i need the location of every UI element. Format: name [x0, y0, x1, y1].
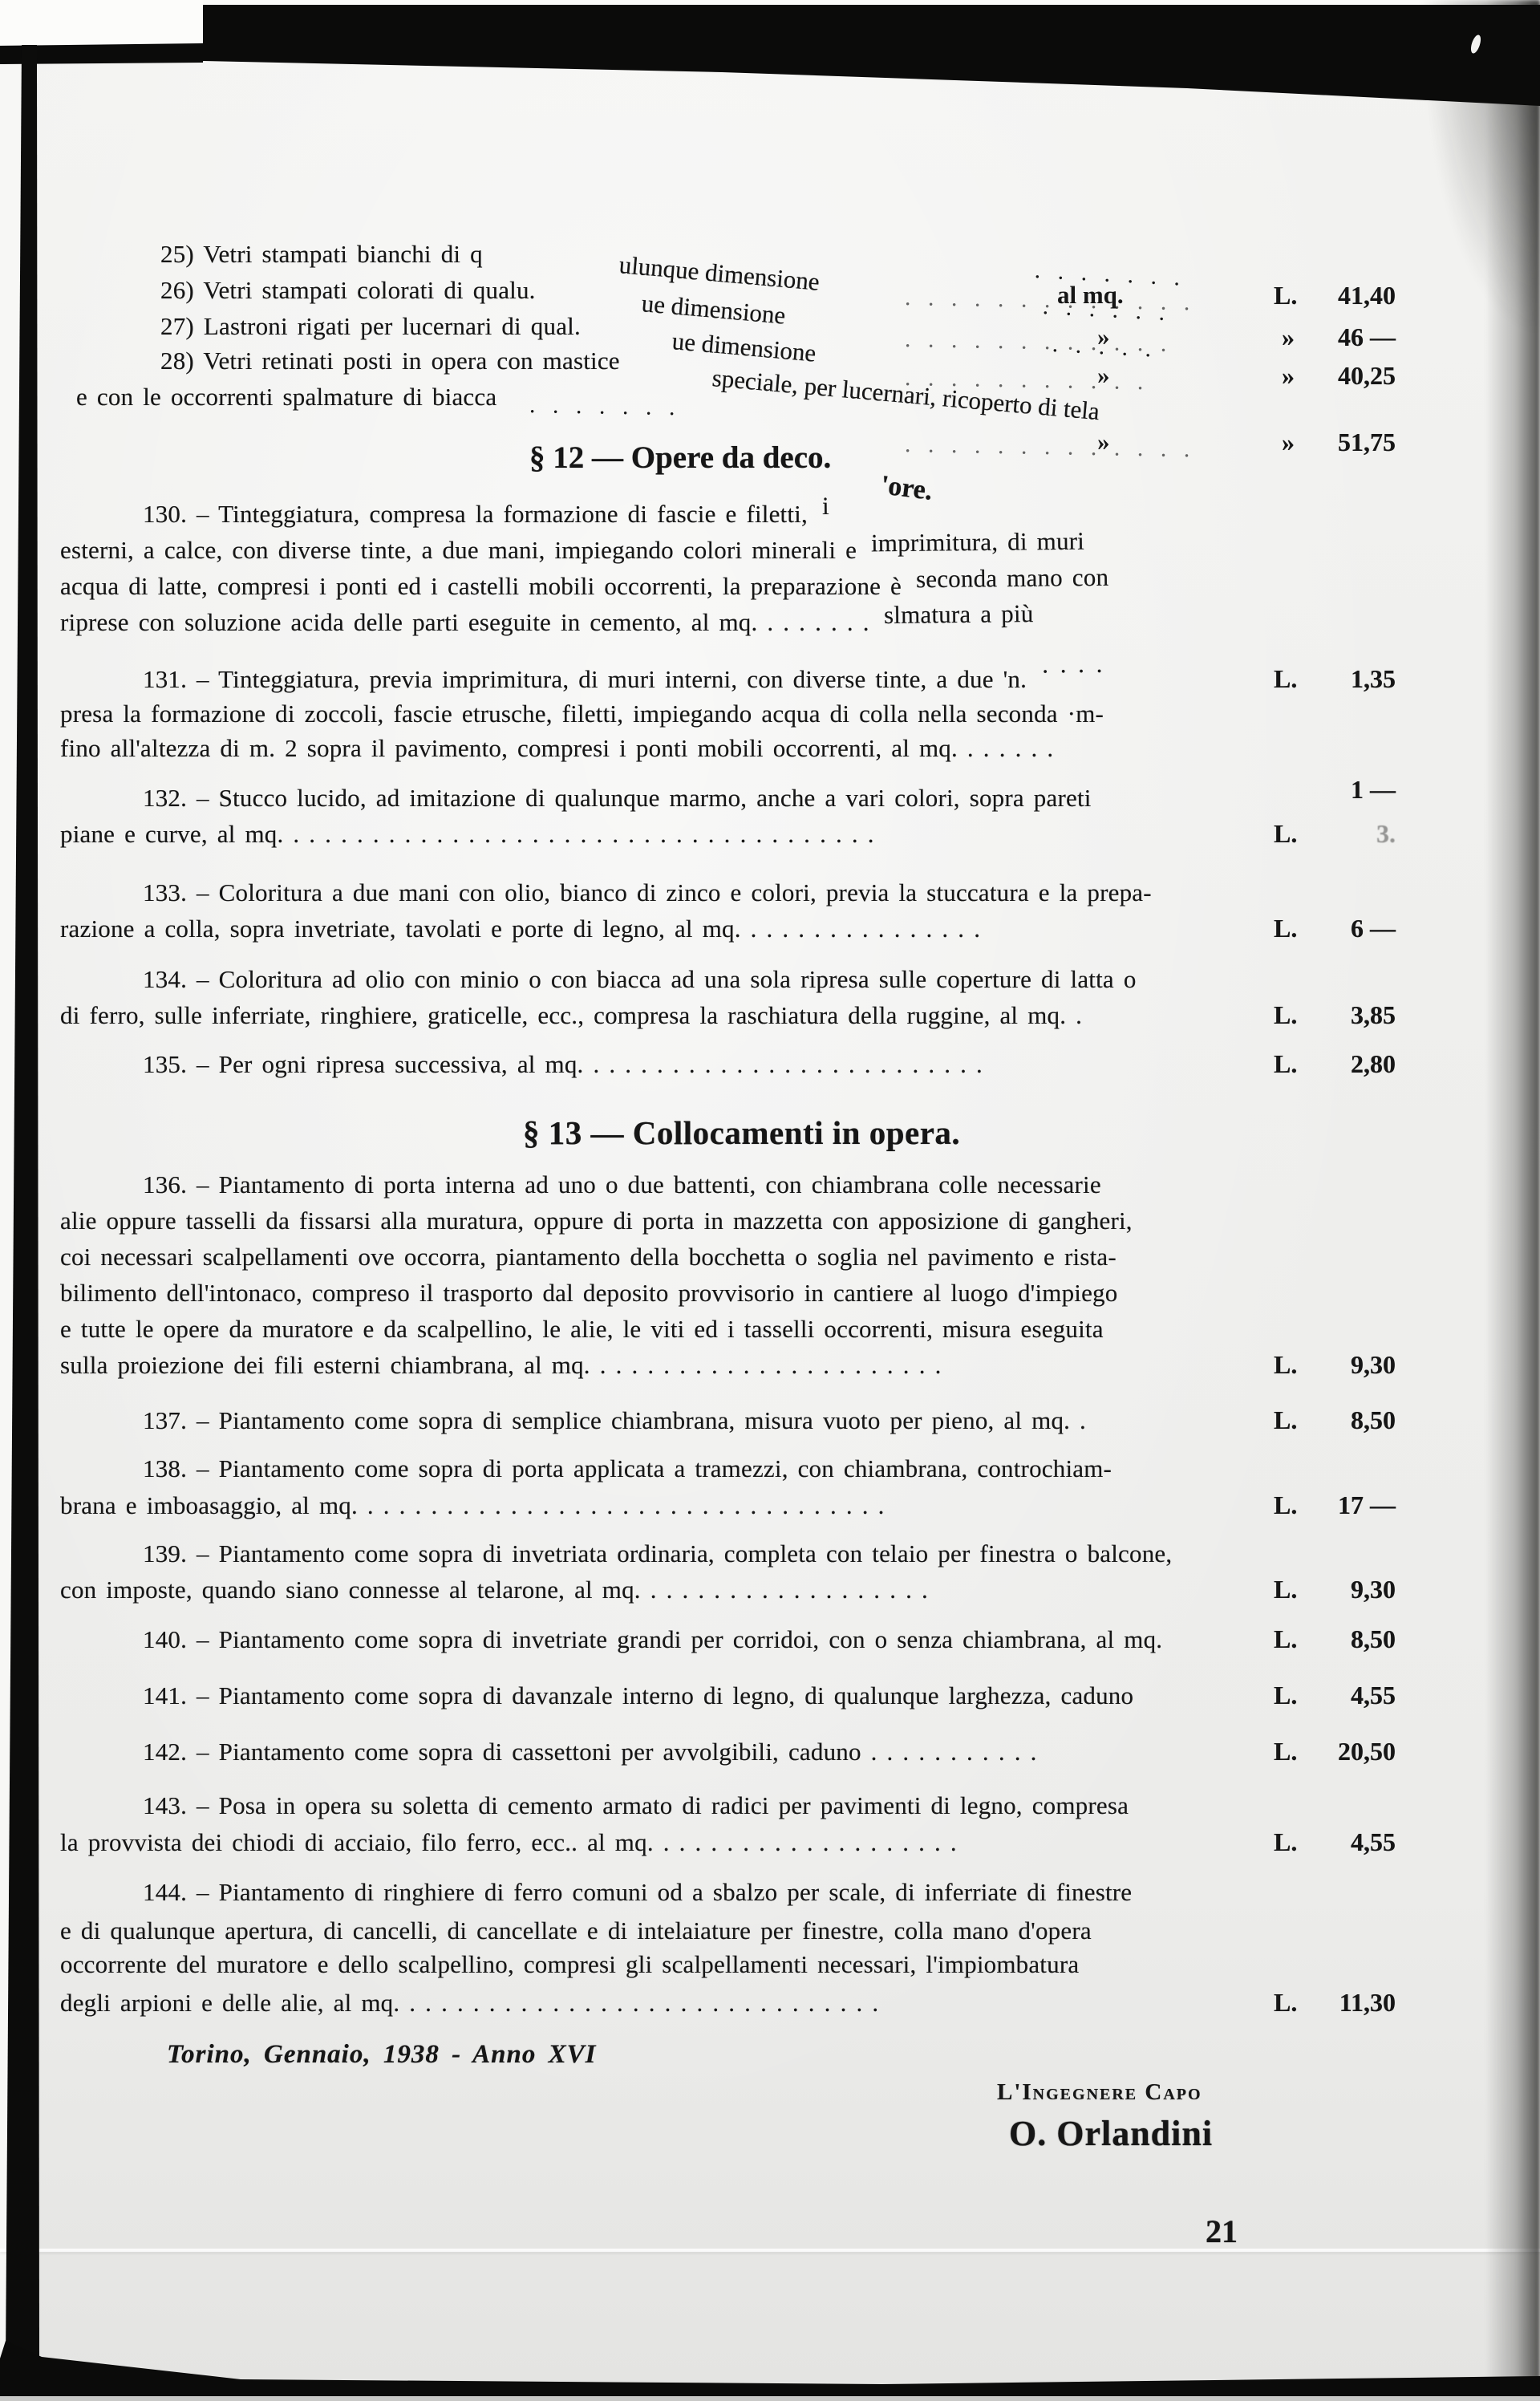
price-value-140-1: 8,50 [1283, 1624, 1396, 1654]
item-line-text: 141. – Piantamento come sopra di davanza… [143, 1681, 1133, 1709]
leader-dots-27: . . . . . [1052, 331, 1157, 363]
glass-item-row-26: 26) Vetri stampati colorati di qualu. [160, 275, 536, 305]
glass-item-row-28: 28) Vetri retinati posti in opera con ma… [160, 346, 620, 375]
item-line-text: con imposte, quando siano connesse al te… [60, 1576, 928, 1604]
item-line-text: 135. – Per ogni ripresa successiva, al m… [143, 1050, 983, 1078]
price-value-26: 46 — [1283, 322, 1396, 352]
footer-dateline: Torino, Gennaio, 1938 - Anno XVI [167, 2040, 596, 2070]
item-line-tail: slmatura a più [884, 598, 1034, 630]
paper-top-strip [203, 0, 1540, 6]
item-144-line-3: occorrente del muratore e dello scalpell… [60, 1949, 1263, 1979]
item-144-line-4: degli arpioni e delle alie, al mq. . . .… [60, 1988, 1263, 2018]
item-132-line-1: 132. – Stucco lucido, ad imitazione di q… [60, 783, 1346, 813]
section-12-heading: § 12 — Opere da deco. [529, 440, 831, 476]
signature-name: O. Orlandini [1009, 2113, 1213, 2154]
item-line-text: 137. – Piantamento come sopra di semplic… [143, 1406, 1086, 1434]
item-line-tail: · · · · [1041, 656, 1104, 687]
item-line-text: e tutte le opere da muratore e da scalpe… [60, 1315, 1104, 1343]
price-value-137-1: 8,50 [1283, 1405, 1396, 1435]
price-value-132-2: 3. [1283, 819, 1396, 849]
right-edge-shadow [1485, 0, 1540, 2401]
item-136-line-4: bilimento dell'intonaco, compreso il tra… [60, 1278, 1263, 1308]
item-line-text: 132. – Stucco lucido, ad imitazione di q… [143, 784, 1092, 812]
item-140-line-1: 140. – Piantamento come sopra di invetri… [60, 1624, 1346, 1654]
item-144-line-1: 144. – Piantamento di ringhiere di ferro… [60, 1877, 1346, 1907]
item-136-line-5: e tutte le opere da muratore e da scalpe… [60, 1314, 1263, 1344]
item-132-line-2: piane e curve, al mq. . . . . . . . . . … [60, 819, 1263, 849]
item-line-tail: seconda mano con [916, 562, 1109, 594]
section-13-heading: § 13 — Collocamenti in opera. [523, 1113, 960, 1152]
scanned-page: § 12 — Opere da deco. 'ore. § 13 — Collo… [0, 0, 1540, 2401]
item-line-text: 140. – Piantamento come sopra di invetri… [143, 1625, 1162, 1653]
paper-top-left-margin [0, 0, 209, 45]
item-line-text: riprese con soluzione acida delle parti … [60, 608, 869, 636]
right-corner-shadow [1420, 0, 1540, 337]
price-value-131-1: 1,35 [1283, 664, 1396, 694]
item-line-text: e di qualunque apertura, di cancelli, di… [60, 1916, 1092, 1945]
price-value-28: 51,75 [1283, 428, 1396, 457]
item-131-line-1: 131. – Tinteggiatura, previa imprimitura… [60, 664, 1346, 694]
item-130-line-2: esterni, a calce, con diverse tinte, a d… [60, 535, 1263, 565]
item-line-text: 139. – Piantamento come sopra di invetri… [143, 1539, 1172, 1568]
item-136-line-3: coi necessari scalpellamenti ove occorra… [60, 1242, 1263, 1271]
item-line-text: 133. – Coloritura a due mani con olio, b… [143, 878, 1152, 906]
item-line-text: la provvista dei chiodi di acciaio, filo… [60, 1828, 957, 1856]
price-value-135-1: 2,80 [1283, 1049, 1396, 1079]
item-143-line-1: 143. – Posa in opera su soletta di cemen… [60, 1791, 1346, 1820]
price-value-144-4: 11,30 [1283, 1988, 1396, 2018]
item-139-line-1: 139. – Piantamento come sopra di invetri… [60, 1539, 1346, 1568]
item-line-text: esterni, a calce, con diverse tinte, a d… [60, 536, 857, 564]
price-value-136-6: 9,30 [1283, 1350, 1396, 1380]
unit-label-28: » [1097, 428, 1110, 456]
item-line-tail: i [822, 491, 829, 521]
item-142-line-1: 142. – Piantamento come sopra di cassett… [60, 1737, 1346, 1766]
scan-artifact-line [0, 2249, 1540, 2252]
item-line-text: 138. – Piantamento come sopra di porta a… [143, 1454, 1112, 1482]
item-line-text: sulla proiezione dei fili esterni chiamb… [60, 1351, 942, 1379]
price-value-141-1: 4,55 [1283, 1681, 1396, 1710]
price-value-133-2: 6 — [1283, 914, 1396, 943]
leader-dots-price-28: . . . . . . . . . . . . . [905, 431, 1196, 463]
item-line-text: 134. – Coloritura ad olio con minio o co… [143, 965, 1137, 993]
item-130-line-4: riprese con soluzione acida delle parti … [60, 607, 1263, 637]
paper-left-margin [0, 45, 22, 2371]
price-value-25: 41,40 [1283, 281, 1396, 310]
item-133-line-1: 133. – Coloritura a due mani con olio, b… [60, 878, 1346, 907]
item-line-text: acqua di latte, compresi i ponti ed i ca… [60, 572, 902, 600]
price-value-27: 40,25 [1283, 361, 1396, 391]
glass-item-row-27: 27) Lastroni rigati per lucernari di qua… [160, 311, 581, 341]
item-141-line-1: 141. – Piantamento come sopra di davanza… [60, 1681, 1346, 1710]
item-136-line-6: sulla proiezione dei fili esterni chiamb… [60, 1350, 1263, 1380]
item-line-text: 131. – Tinteggiatura, previa imprimitura… [143, 665, 1027, 693]
item-131-line-2: presa la formazione di zoccoli, fascie e… [60, 699, 1263, 728]
item-136-line-2: alie oppure tasselli da fissarsi alla mu… [60, 1206, 1263, 1235]
item-130-line-3: acqua di latte, compresi i ponti ed i ca… [60, 571, 1263, 601]
item-138-line-2: brana e imboasaggio, al mq. . . . . . . … [60, 1490, 1263, 1520]
item-line-text: coi necessari scalpellamenti ove occorra… [60, 1243, 1116, 1271]
item-line-text: 130. – Tinteggiatura, compresa la formaz… [143, 500, 808, 528]
item-131-line-3: fino all'altezza di m. 2 sopra il pavime… [60, 733, 1263, 763]
unit-label-27: » [1097, 361, 1110, 390]
item-line-text: 142. – Piantamento come sopra di cassett… [143, 1738, 1037, 1766]
price-value-138-2: 17 — [1283, 1490, 1396, 1520]
price-value-142-1: 20,50 [1283, 1737, 1396, 1766]
item-line-text: alie oppure tasselli da fissarsi alla mu… [60, 1207, 1133, 1235]
price-value-134-2: 3,85 [1283, 1000, 1396, 1030]
item-line-text: occorrente del muratore e dello scalpell… [60, 1950, 1079, 1978]
item-135-line-1: 135. – Per ogni ripresa successiva, al m… [60, 1049, 1346, 1079]
item-line-text: piane e curve, al mq. . . . . . . . . . … [60, 820, 874, 848]
item-144-line-2: e di qualunque apertura, di cancelli, di… [60, 1916, 1263, 1945]
item-138-line-1: 138. – Piantamento come sopra di porta a… [60, 1454, 1346, 1483]
item-line-text: fino all'altezza di m. 2 sopra il pavime… [60, 734, 1053, 762]
item-134-line-1: 134. – Coloritura ad olio con minio o co… [60, 964, 1346, 994]
price-value-132-1: 1 — [1283, 775, 1396, 805]
leader-dots-28-continuation: . . . . . . . [529, 391, 681, 421]
item-line-tail: imprimitura, di muri [871, 526, 1084, 558]
item-139-line-2: con imposte, quando siano connesse al te… [60, 1575, 1263, 1604]
price-value-143-2: 4,55 [1283, 1827, 1396, 1857]
price-value-139-2: 9,30 [1283, 1575, 1396, 1604]
glass-item-row-28-continuation: e con le occorrenti spalmature di biacca [76, 382, 496, 412]
item-line-text: 143. – Posa in opera su soletta di cemen… [143, 1791, 1129, 1819]
item-line-text: presa la formazione di zoccoli, fascie e… [60, 700, 1104, 728]
item-line-text: brana e imboasaggio, al mq. . . . . . . … [60, 1491, 885, 1519]
item-130-line-1: 130. – Tinteggiatura, compresa la formaz… [60, 499, 1346, 529]
item-134-line-2: di ferro, sulle inferriate, ringhiere, g… [60, 1000, 1263, 1030]
signature-role: L'Ingegnere Capo [997, 2079, 1202, 2106]
item-143-line-2: la provvista dei chiodi di acciaio, filo… [60, 1827, 1263, 1857]
item-line-text: 144. – Piantamento di ringhiere di ferro… [143, 1878, 1132, 1906]
item-line-text: degli arpioni e delle alie, al mq. . . .… [60, 1989, 878, 2017]
item-line-text: razione a colla, sopra invetriate, tavol… [60, 915, 980, 943]
item-line-text: di ferro, sulle inferriate, ringhiere, g… [60, 1001, 1082, 1029]
item-133-line-2: razione a colla, sopra invetriate, tavol… [60, 914, 1263, 943]
page-number: 21 [1206, 2212, 1238, 2250]
item-line-text: bilimento dell'intonaco, compreso il tra… [60, 1279, 1117, 1307]
item-137-line-1: 137. – Piantamento come sopra di semplic… [60, 1405, 1346, 1435]
glass-item-row-25: 25) Vetri stampati bianchi di q [160, 239, 483, 269]
item-line-text: 136. – Piantamento di porta interna ad u… [143, 1170, 1101, 1198]
item-136-line-1: 136. – Piantamento di porta interna ad u… [60, 1170, 1346, 1199]
